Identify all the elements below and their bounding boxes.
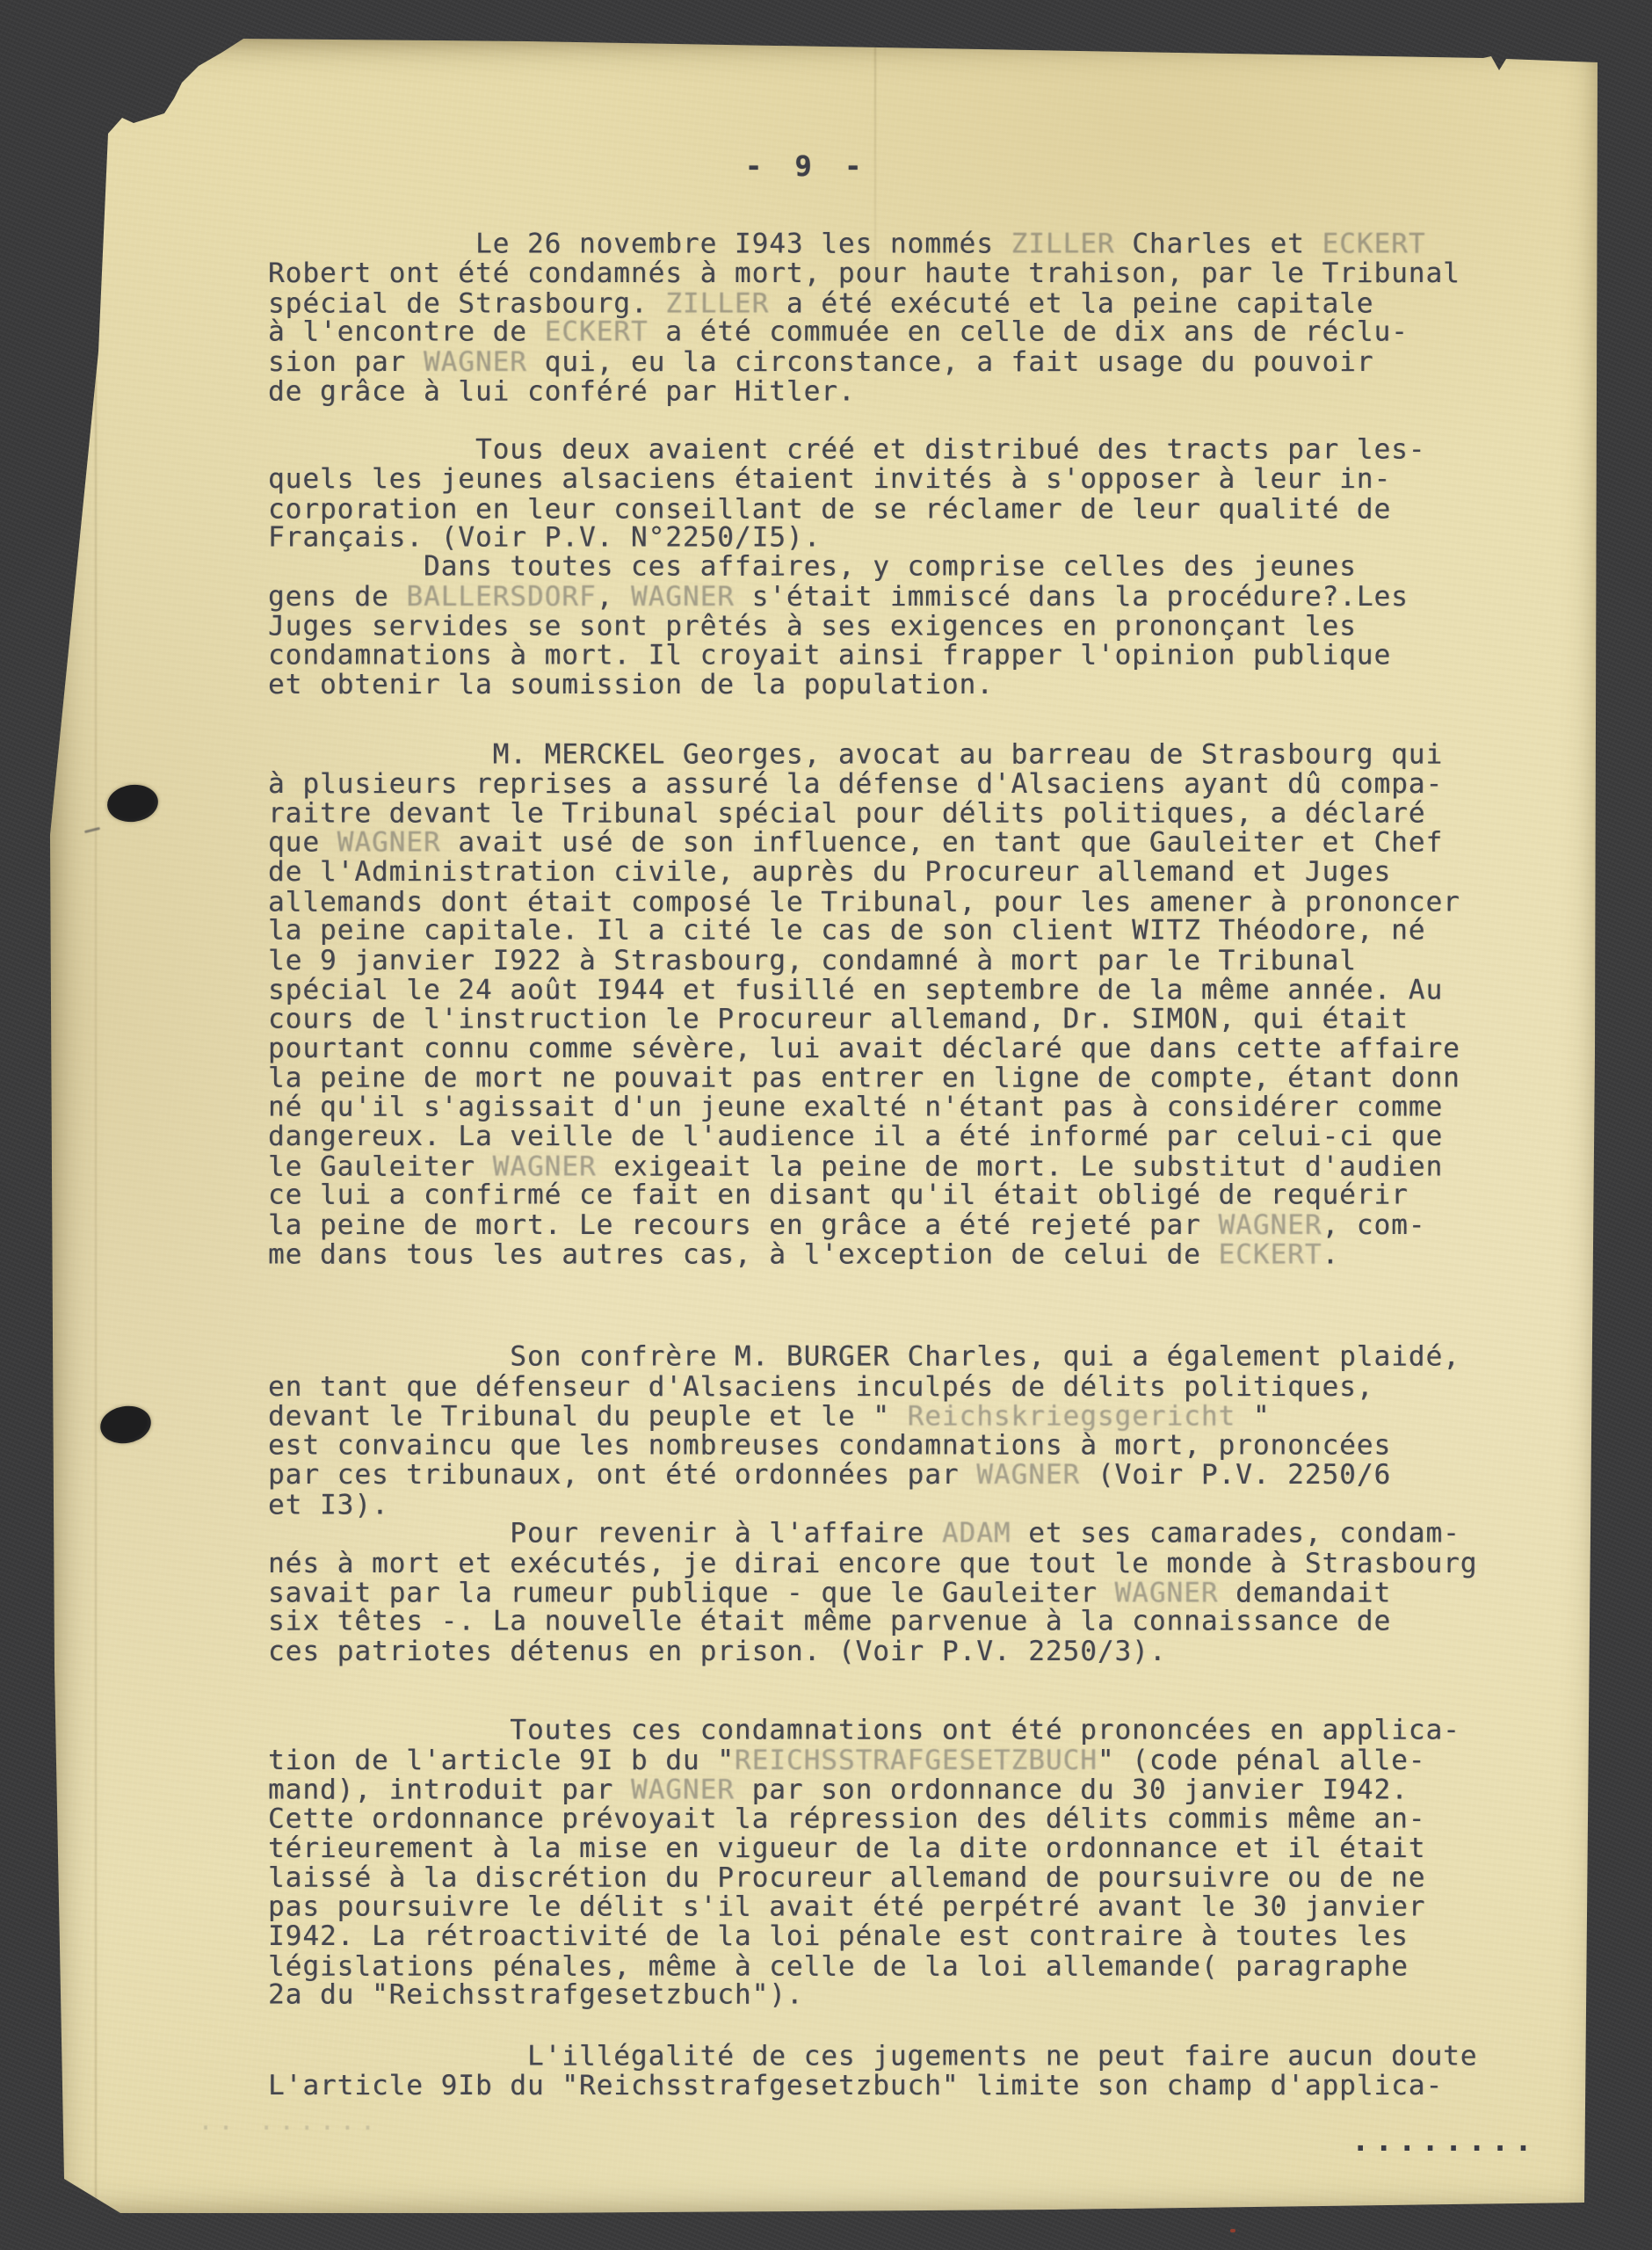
text-run: pas poursuivre le délit s'il avait été p… [268, 1891, 1425, 1923]
text-run: le Gauleiter [268, 1150, 493, 1182]
text-line: six têtes -. La nouvelle était même parv… [268, 1608, 1542, 1637]
text-line: la peine de mort. Le recours en grâce a … [268, 1211, 1542, 1240]
text-run: Pour revenir à l'affaire [268, 1518, 942, 1550]
faded-word: BALLERSDORF [406, 581, 596, 613]
text-line: à l'encontre de ECKERT a été commuée en … [268, 318, 1542, 347]
text-run: Cette ordonnance prévoyait la répression… [268, 1803, 1425, 1834]
page-number: - 9 - [745, 149, 869, 183]
text-line: législations pénales, même à celle de la… [268, 1952, 1542, 1981]
text-run: 2a du "Reichsstrafgesetzbuch"). [268, 1979, 804, 2011]
paragraph: L'illégalité de ces jugements ne peut fa… [268, 2043, 1542, 2101]
paper-crease [95, 135, 97, 2201]
faded-word: WAGNER [493, 1150, 597, 1182]
text-line: laissé à la discrétion du Procureur alle… [268, 1864, 1542, 1893]
text-line: Son confrère M. BURGER Charles, qui a ég… [268, 1343, 1542, 1372]
text-run: corporation en leur conseillant de se ré… [268, 493, 1391, 525]
paragraph: Toutes ces condamnations ont été prononc… [268, 1717, 1542, 2010]
text-run: spécial de Strasbourg. [268, 287, 665, 319]
text-line: ces patriotes détenus en prison. (Voir P… [268, 1637, 1542, 1666]
text-line: ce lui a confirmé ce fait en disant qu'i… [268, 1181, 1542, 1210]
paragraph: Tous deux avaient créé et distribué des … [268, 436, 1542, 554]
text-line: Pour revenir à l'affaire ADAM et ses cam… [268, 1520, 1542, 1549]
text-run: et obtenir la soumission de la populatio… [268, 669, 994, 700]
text-line: le 9 janvier I922 à Strasbourg, condamné… [268, 947, 1542, 976]
text-run: mand), introduit par [268, 1775, 631, 1806]
text-run: quels les jeunes alsaciens étaient invit… [268, 463, 1391, 495]
text-run: laissé à la discrétion du Procureur alle… [268, 1862, 1425, 1894]
text-line: pourtant connu comme sévère, lui avait d… [268, 1034, 1542, 1063]
text-run: savait par la rumeur publique - que le G… [268, 1577, 1115, 1608]
text-run: exigeait la peine de mort. Le substitut … [597, 1150, 1444, 1182]
text-line: L'illégalité de ces jugements ne peut fa… [268, 2042, 1542, 2071]
text-line: devant le Tribunal du peuple et le " Rei… [268, 1403, 1542, 1432]
text-line: savait par la rumeur publique - que le G… [268, 1579, 1542, 1608]
text-line: 2a du "Reichsstrafgesetzbuch"). [268, 1981, 1542, 2010]
text-line: dangereux. La veille de l'audience il a … [268, 1122, 1542, 1151]
text-run: nés à mort et exécutés, je dirai encore … [268, 1548, 1477, 1579]
text-run: allemands dont était composé le Tribunal… [268, 886, 1460, 918]
text-line: et obtenir la soumission de la populatio… [268, 671, 1542, 700]
text-line: et I3). [268, 1491, 1542, 1520]
text-run: M. MERCKEL Georges, avocat au barreau de… [268, 738, 1443, 770]
paragraph: Dans toutes ces affaires, y comprise cel… [268, 553, 1542, 700]
text-run: Son confrère M. BURGER Charles, qui a ég… [268, 1341, 1460, 1373]
text-run: de grâce à lui conféré par Hitler. [268, 376, 856, 408]
text-line: Dans toutes ces affaires, y comprise cel… [268, 553, 1542, 582]
text-line: sion par WAGNER qui, eu la circonstance,… [268, 348, 1542, 377]
faint-dots: .. ...... [198, 2106, 380, 2137]
text-run: né qu'il s'agissait d'un jeune exalté n'… [268, 1092, 1443, 1123]
text-line: né qu'il s'agissait d'un jeune exalté n'… [268, 1093, 1542, 1122]
text-run: , com- [1322, 1209, 1425, 1241]
text-run: Charles et [1115, 229, 1322, 260]
text-run: pourtant connu comme sévère, lui avait d… [268, 1033, 1460, 1064]
text-line: la peine de mort ne pouvait pas entrer e… [268, 1064, 1542, 1093]
text-run: six têtes -. La nouvelle était même parv… [268, 1606, 1391, 1637]
text-line: condamnations à mort. Il croyait ainsi f… [268, 641, 1542, 670]
text-run: gens de [268, 581, 406, 613]
text-run: devant le Tribunal du peuple et le " [268, 1401, 908, 1433]
text-line: Juges servides se sont prêtés à ses exig… [268, 613, 1542, 642]
document-page: - 9 - Le 26 novembre I943 les nommés ZIL… [50, 39, 1598, 2213]
text-run: que [268, 827, 337, 859]
text-run: " [1235, 1401, 1270, 1433]
text-run: à l'encontre de [268, 316, 545, 348]
text-line: de grâce à lui conféré par Hitler. [268, 378, 1542, 407]
text-run: législations pénales, même à celle de la… [268, 1950, 1409, 1982]
text-run: Français. (Voir P.V. N°2250/I5). [268, 522, 821, 554]
paragraph: Son confrère M. BURGER Charles, qui a ég… [268, 1343, 1542, 1520]
faded-word: ECKERT [545, 316, 648, 348]
text-line: spécial le 24 août I944 et fusillé en se… [268, 976, 1542, 1005]
text-run: par son ordonnance du 30 janvier I942. [735, 1775, 1409, 1806]
text-run: me dans tous les autres cas, à l'excepti… [268, 1239, 1219, 1271]
text-run: a été commuée en celle de dix ans de réc… [648, 316, 1409, 348]
text-run: ce lui a confirmé ce fait en disant qu'i… [268, 1179, 1409, 1211]
text-run: Dans toutes ces affaires, y comprise cel… [268, 551, 1357, 583]
trailing-dots: ........ [1351, 2123, 1538, 2159]
text-run: . [1322, 1239, 1339, 1271]
text-line: spécial de Strasbourg. ZILLER a été exéc… [268, 289, 1542, 318]
text-line: Le 26 novembre I943 les nommés ZILLER Ch… [268, 230, 1542, 259]
faded-word: ECKERT [1219, 1239, 1322, 1271]
text-run: la peine de mort ne pouvait pas entrer e… [268, 1063, 1460, 1094]
text-run: cours de l'instruction le Procureur alle… [268, 1003, 1409, 1034]
text-run: Juges servides se sont prêtés à ses exig… [268, 611, 1357, 642]
text-line: est convaincu que les nombreuses condamn… [268, 1431, 1542, 1460]
text-run: demandait [1219, 1577, 1392, 1608]
text-run: sion par [268, 346, 424, 378]
text-run: le 9 janvier I922 à Strasbourg, condamné… [268, 945, 1357, 976]
text-line: que WAGNER avait usé de son influence, e… [268, 829, 1542, 858]
text-run: spécial le 24 août I944 et fusillé en se… [268, 975, 1443, 1006]
text-line: nés à mort et exécutés, je dirai encore … [268, 1550, 1542, 1579]
faded-word: ADAM [942, 1518, 1011, 1550]
scan-background: - 9 - Le 26 novembre I943 les nommés ZIL… [0, 0, 1652, 2250]
faded-word: ZILLER [1011, 229, 1115, 260]
text-line: de l'Administration civile, auprès du Pr… [268, 858, 1542, 887]
text-line: le Gauleiter WAGNER exigeait la peine de… [268, 1152, 1542, 1181]
text-line: me dans tous les autres cas, à l'excepti… [268, 1241, 1542, 1270]
red-speck [1230, 2229, 1235, 2232]
text-run: tion de l'article 9I b du " [268, 1745, 735, 1776]
text-line: par ces tribunaux, ont été ordonnées par… [268, 1461, 1542, 1490]
text-run: par ces tribunaux, ont été ordonnées par [268, 1459, 976, 1491]
faded-word: ECKERT [1322, 229, 1426, 260]
faded-word: WAGNER [424, 346, 527, 378]
text-line: Français. (Voir P.V. N°2250/I5). [268, 524, 1542, 553]
text-run: raitre devant le Tribunal spécial pour d… [268, 798, 1425, 830]
text-run: est convaincu que les nombreuses condamn… [268, 1429, 1391, 1461]
text-line: allemands dont était composé le Tribunal… [268, 888, 1542, 917]
text-run: à plusieurs reprises a assuré la défense… [268, 768, 1443, 800]
text-line: la peine capitale. Il a cité le cas de s… [268, 917, 1542, 946]
text-run: avait usé de son influence, en tant que … [441, 827, 1444, 859]
text-line: Toutes ces condamnations ont été prononc… [268, 1717, 1542, 1746]
text-run: Robert ont été condamnés à mort, pour ha… [268, 258, 1460, 289]
text-line: M. MERCKEL Georges, avocat au barreau de… [268, 740, 1542, 769]
text-run: , [597, 581, 631, 613]
text-line: tion de l'article 9I b du "REICHSSTRAFGE… [268, 1746, 1542, 1775]
text-run: dangereux. La veille de l'audience il a … [268, 1121, 1443, 1152]
text-line: I942. La rétroactivité de la loi pénale … [268, 1922, 1542, 1951]
text-run: de l'Administration civile, auprès du Pr… [268, 856, 1391, 888]
text-line: gens de BALLERSDORF, WAGNER s'était immi… [268, 583, 1542, 612]
text-line: quels les jeunes alsaciens étaient invit… [268, 465, 1542, 494]
faded-word: WAGNER [976, 1459, 1080, 1491]
text-run: L'illégalité de ces jugements ne peut fa… [268, 2040, 1477, 2072]
text-run: ces patriotes détenus en prison. (Voir P… [268, 1636, 1167, 1667]
text-run: s'était immiscé dans la procédure?.Les [735, 581, 1409, 613]
text-line: pas poursuivre le délit s'il avait été p… [268, 1893, 1542, 1922]
text-line: L'article 9Ib du "Reichsstrafgesetzbuch"… [268, 2072, 1542, 2101]
ink-smudge [84, 827, 100, 833]
text-line: Cette ordonnance prévoyait la répression… [268, 1804, 1542, 1833]
faded-word: WAGNER [1115, 1577, 1219, 1608]
text-run: la peine capitale. Il a cité le cas de s… [268, 915, 1425, 947]
document-text: Le 26 novembre I943 les nommés ZILLER Ch… [268, 230, 1542, 2101]
text-line: Tous deux avaient créé et distribué des … [268, 435, 1542, 464]
text-line: raitre devant le Tribunal spécial pour d… [268, 800, 1542, 829]
punch-hole [105, 782, 161, 825]
text-run: I942. La rétroactivité de la loi pénale … [268, 1920, 1409, 1952]
faded-word: WAGNER [631, 1775, 735, 1806]
faded-word: WAGNER [337, 827, 441, 859]
text-line: Robert ont été condamnés à mort, pour ha… [268, 259, 1542, 288]
text-run: térieurement à la mise en vigueur de la … [268, 1833, 1425, 1864]
text-run: Le 26 novembre I943 les nommés [268, 229, 1011, 260]
text-run: la peine de mort. Le recours en grâce a … [268, 1209, 1219, 1241]
text-run: en tant que défenseur d'Alsaciens inculp… [268, 1371, 1373, 1403]
text-line: térieurement à la mise en vigueur de la … [268, 1834, 1542, 1863]
text-run: qui, eu la circonstance, a fait usage du… [527, 346, 1374, 378]
text-line: corporation en leur conseillant de se ré… [268, 495, 1542, 524]
paragraph: Pour revenir à l'affaire ADAM et ses cam… [268, 1520, 1542, 1666]
faded-word: Reichskriegsgericht [908, 1401, 1236, 1433]
faded-word: REICHSSTRAFGESETZBUCH [735, 1745, 1098, 1776]
paragraph: Le 26 novembre I943 les nommés ZILLER Ch… [268, 230, 1542, 407]
faded-word: ZILLER [665, 287, 769, 319]
faded-word: WAGNER [1219, 1209, 1322, 1241]
text-run: et ses camarades, condam- [1011, 1518, 1460, 1550]
text-run: a été exécuté et la peine capitale [769, 287, 1373, 319]
text-run: L'article 9Ib du "Reichsstrafgesetzbuch"… [268, 2070, 1443, 2101]
text-line: mand), introduit par WAGNER par son ordo… [268, 1776, 1542, 1805]
text-run: Tous deux avaient créé et distribué des … [268, 433, 1425, 465]
text-line: cours de l'instruction le Procureur alle… [268, 1005, 1542, 1034]
text-run: " (code pénal alle- [1098, 1745, 1426, 1776]
text-run: (Voir P.V. 2250/6 [1080, 1459, 1391, 1491]
paragraph: M. MERCKEL Georges, avocat au barreau de… [268, 741, 1542, 1270]
text-run: et I3). [268, 1489, 389, 1521]
text-run: Toutes ces condamnations ont été prononc… [268, 1715, 1460, 1746]
text-line: en tant que défenseur d'Alsaciens inculp… [268, 1373, 1542, 1402]
punch-hole [98, 1402, 154, 1447]
faded-word: WAGNER [631, 581, 735, 613]
text-run: condamnations à mort. Il croyait ainsi f… [268, 639, 1391, 671]
text-line: à plusieurs reprises a assuré la défense… [268, 770, 1542, 799]
